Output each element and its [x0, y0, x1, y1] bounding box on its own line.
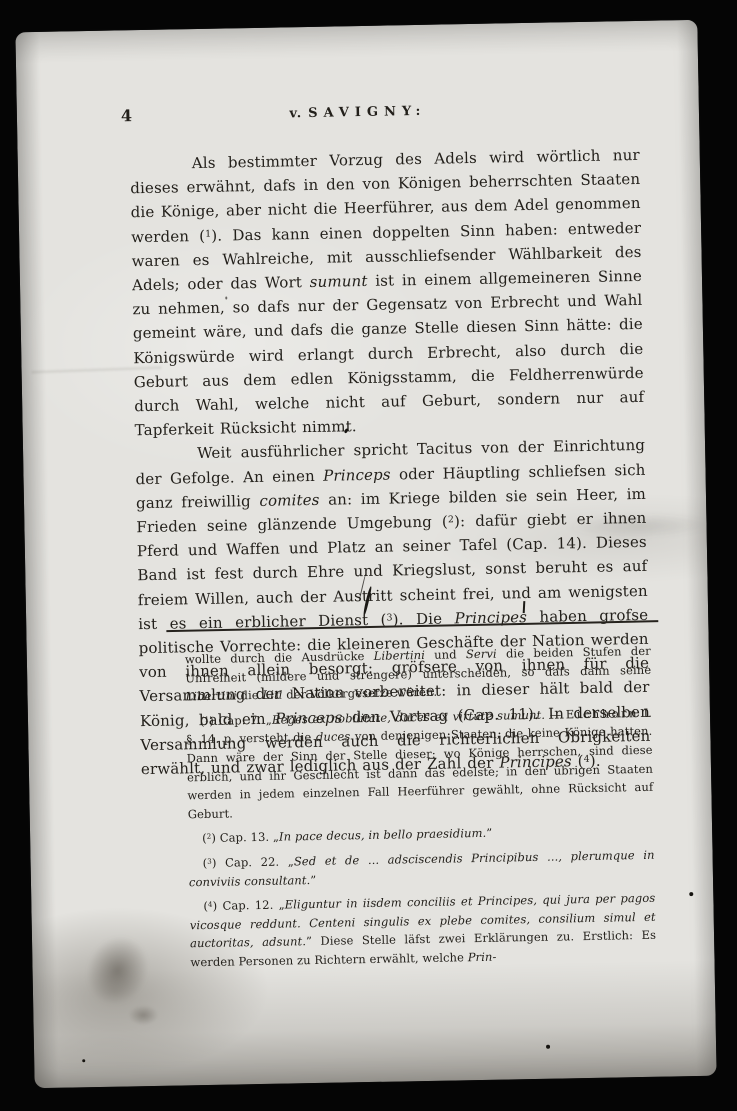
dirt-smudge — [128, 1005, 158, 1026]
footnote-4: (4) Cap. 12. „Eliguntur in iisdem concil… — [189, 889, 656, 972]
footnote-3: (3) Cap. 22. „Sed et de ... adsciscendis… — [188, 846, 655, 892]
scanner-background: 4 v.SAVIGNY: Als bestimmter Vorzug des A… — [0, 0, 737, 1111]
running-header: v.SAVIGNY: — [17, 99, 699, 126]
running-header-prefix: v. — [289, 106, 302, 121]
paragraph-1: Als bestimmter Vorzug des Adels wird wör… — [130, 143, 645, 443]
running-header-name: SAVIGNY: — [308, 104, 426, 121]
footnotes: wollte durch die Ausdrücke Libertini und… — [185, 642, 657, 978]
ink-speck — [225, 296, 227, 299]
book-page-scan: 4 v.SAVIGNY: Als bestimmter Vorzug des A… — [15, 20, 716, 1088]
ink-speck — [546, 1045, 550, 1049]
footnote-carryover: wollte durch die Ausdrücke Libertini und… — [185, 642, 652, 706]
footnote-1: (1) Cap. 7. „Reges ex nobilitate, duces … — [186, 704, 654, 824]
footnote-2: (2) Cap. 13. „In pace decus, in bello pr… — [188, 821, 654, 848]
ink-speck — [82, 1059, 85, 1062]
ink-speck — [689, 892, 693, 896]
dirt-smudge — [76, 927, 159, 1015]
faded-streak — [564, 512, 714, 541]
